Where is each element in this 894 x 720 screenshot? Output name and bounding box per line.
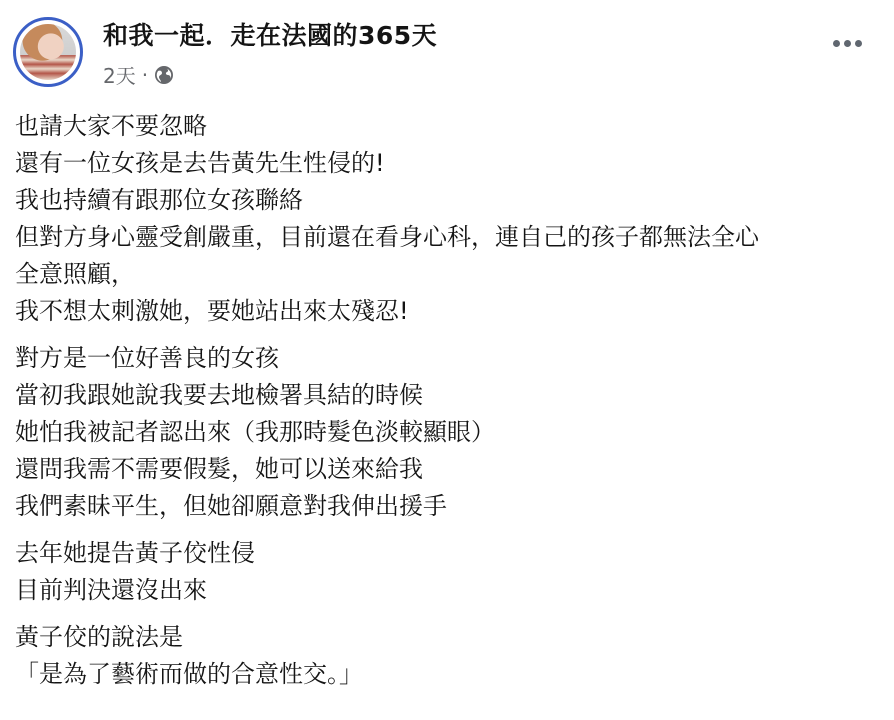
avatar[interactable] (13, 17, 83, 87)
more-dot-icon (844, 40, 851, 47)
text-line: 我們素昧平生，但她卻願意對我伸出援手 (15, 488, 885, 525)
meta-separator: · (142, 63, 148, 87)
text-line: 黃子佼的說法是 (15, 619, 885, 656)
paragraph: 去年她提告黃子佼性侵 目前判決還沒出來 (15, 535, 885, 609)
text-line: 「是為了藝術而做的合意性交。」 (15, 656, 885, 693)
text-line: 我不想太刺激她，要她站出來太殘忍! (15, 293, 885, 330)
text-line: 她怕我被記者認出來（我那時髮色淡較顯眼） (15, 414, 885, 451)
paragraph: 對方是一位好善良的女孩 當初我跟她說我要去地檢署具結的時候 她怕我被記者認出來（… (15, 340, 885, 525)
more-options-button[interactable] (833, 40, 862, 47)
more-dot-icon (833, 40, 840, 47)
avatar-image (20, 24, 76, 80)
text-line: 對方是一位好善良的女孩 (15, 340, 885, 377)
post-body: 也請大家不要忽略 還有一位女孩是去告黃先生性侵的! 我也持續有跟那位女孩聯絡 但… (15, 108, 885, 703)
paragraph: 黃子佼的說法是 「是為了藝術而做的合意性交。」 (15, 619, 885, 693)
text-line: 但對方身心靈受創嚴重，目前還在看身心科，連自己的孩子都無法全心 (15, 219, 885, 256)
page-name-link[interactable]: 和我一起．走在法國的365天 (103, 16, 437, 52)
text-line: 全意照顧， (15, 256, 885, 293)
post-meta: 2天 · (103, 60, 174, 89)
text-line: 也請大家不要忽略 (15, 108, 885, 145)
globe-icon[interactable] (154, 65, 174, 85)
text-line: 去年她提告黃子佼性侵 (15, 535, 885, 572)
text-line: 目前判決還沒出來 (15, 572, 885, 609)
more-dot-icon (855, 40, 862, 47)
text-line: 還問我需不需要假髮，她可以送來給我 (15, 451, 885, 488)
post-timestamp[interactable]: 2天 (103, 60, 136, 89)
text-line: 還有一位女孩是去告黃先生性侵的! (15, 145, 885, 182)
post-header: 和我一起．走在法國的365天 2天 · (0, 0, 894, 100)
paragraph: 也請大家不要忽略 還有一位女孩是去告黃先生性侵的! 我也持續有跟那位女孩聯絡 但… (15, 108, 885, 330)
text-line: 我也持續有跟那位女孩聯絡 (15, 182, 885, 219)
text-line: 當初我跟她說我要去地檢署具結的時候 (15, 377, 885, 414)
